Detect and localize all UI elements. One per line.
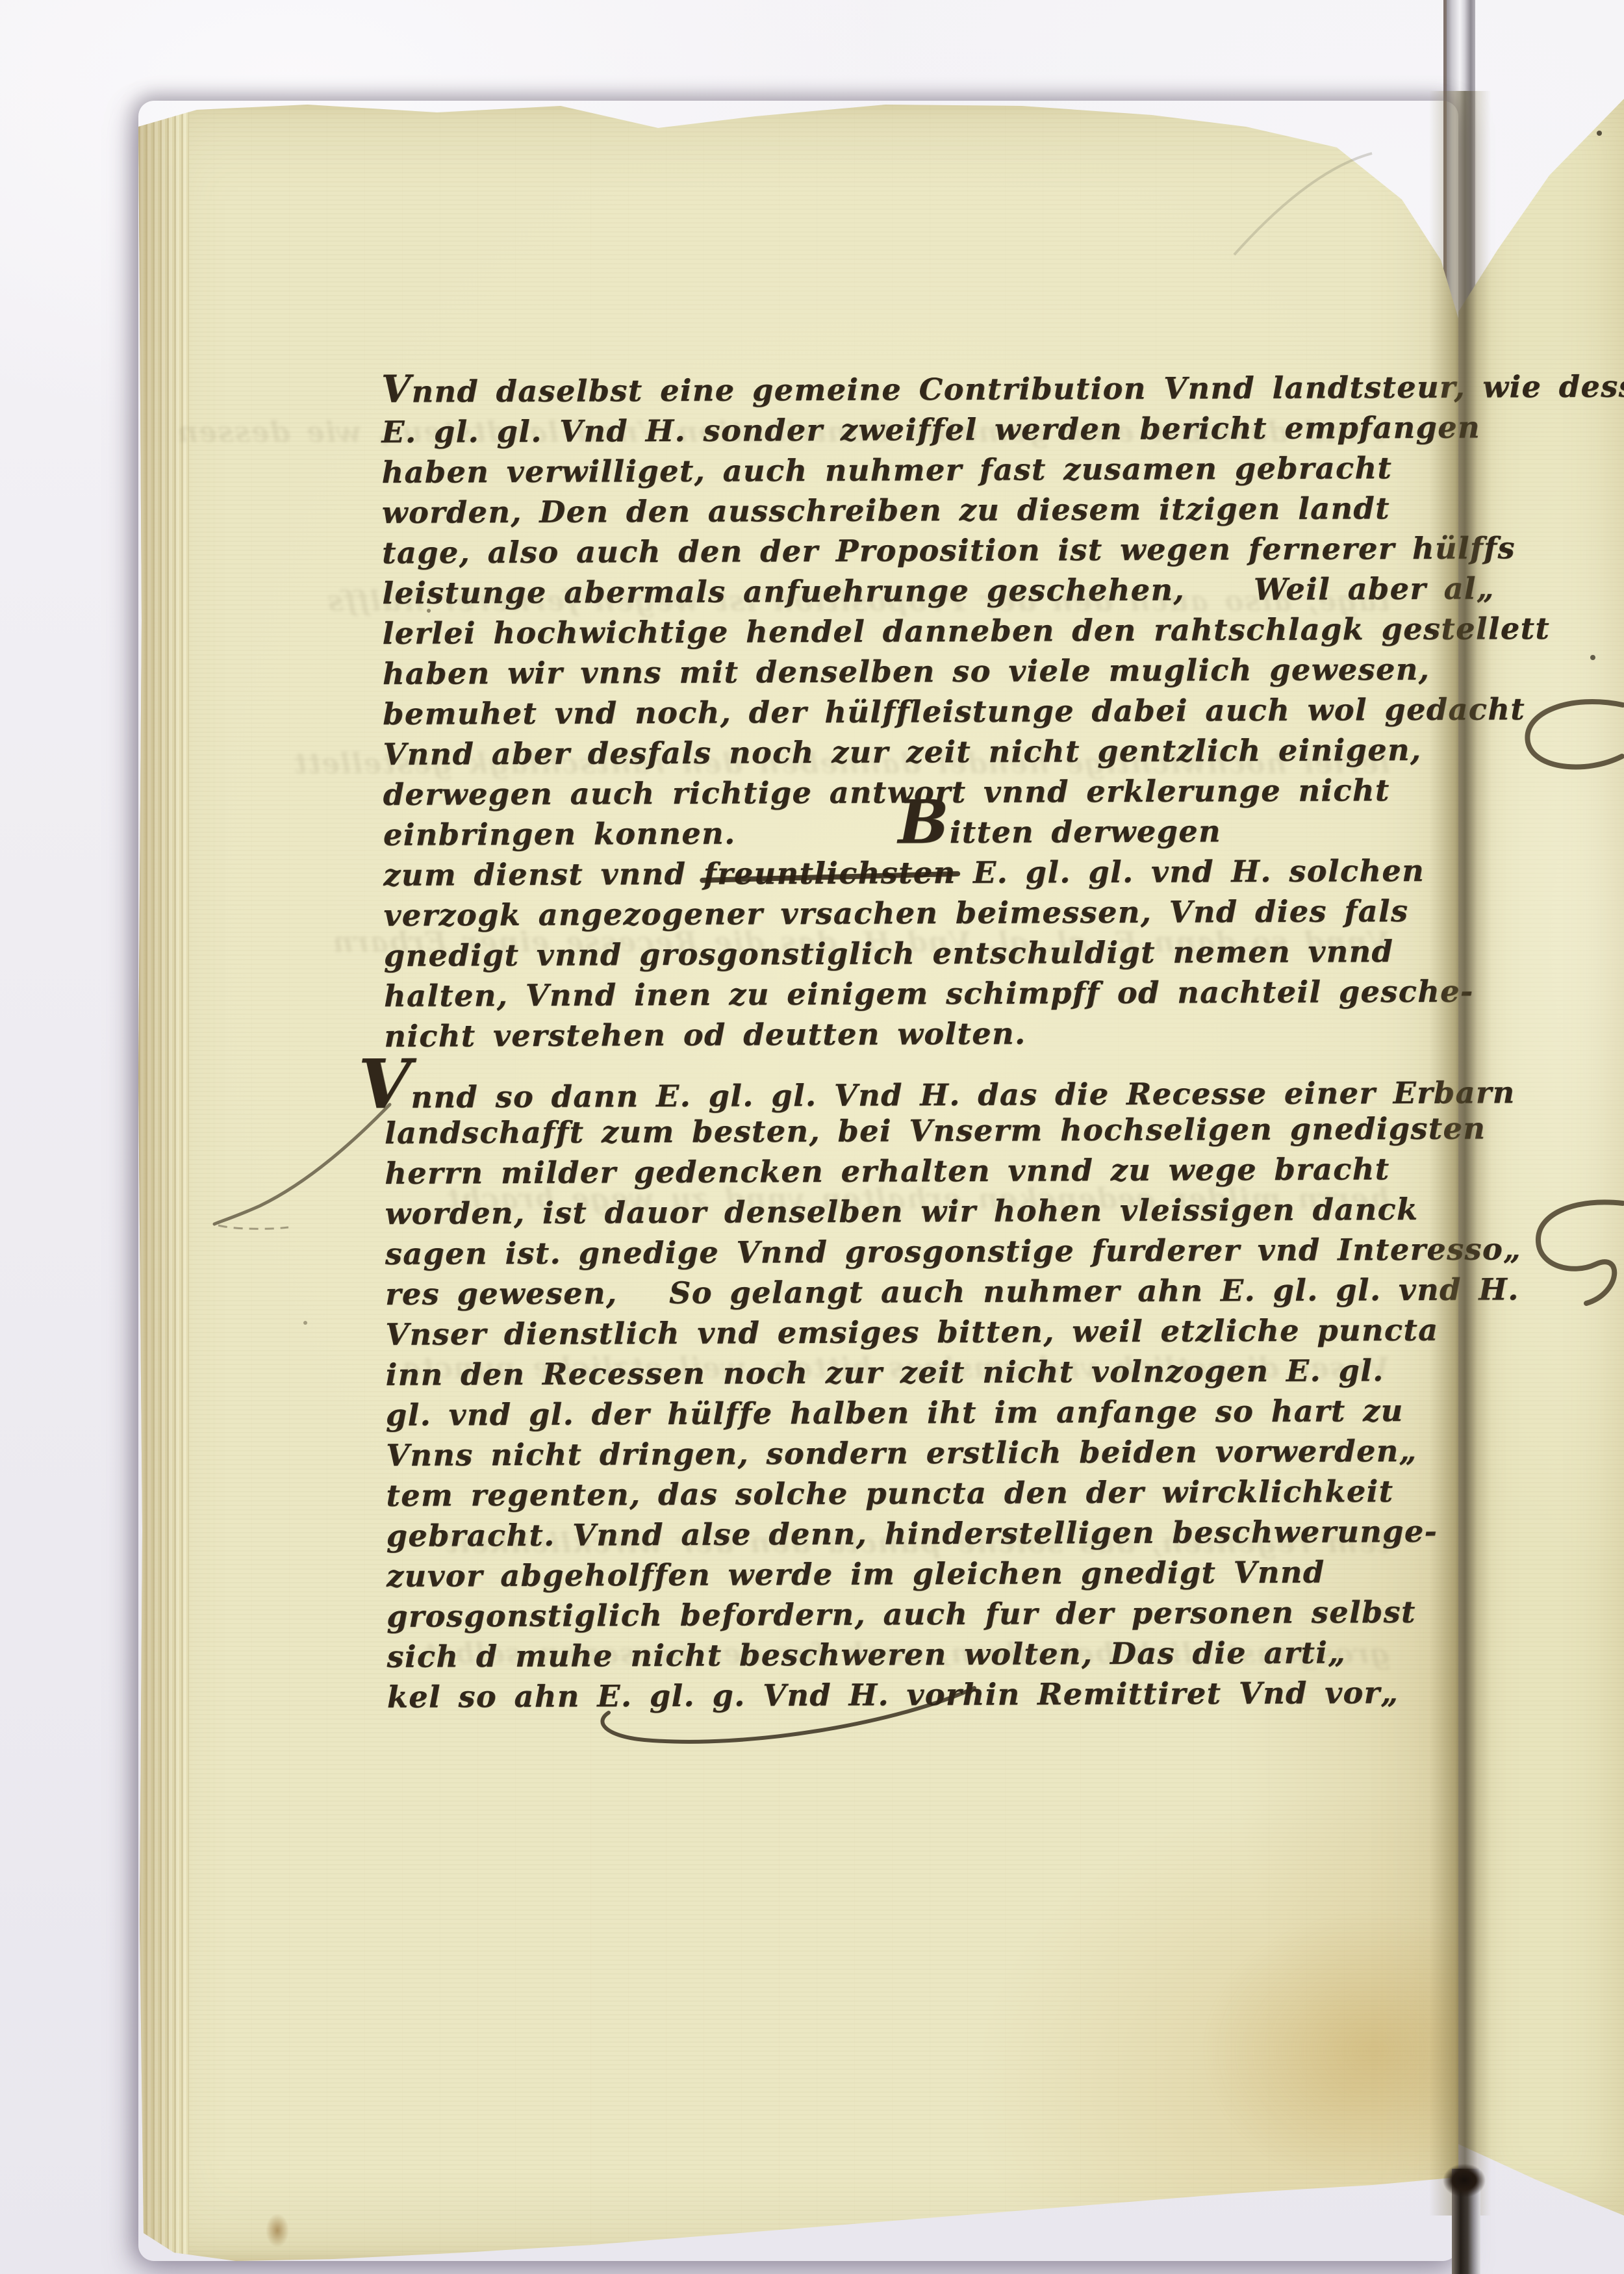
manuscript-line: inn den Recessen noch zur zeit nicht vol…	[385, 1352, 1384, 1397]
manuscript-line: bemuhet vnd noch, der hülffleistunge dab…	[383, 691, 1525, 736]
manuscript-line: nicht verstehen od deutten wolten.	[384, 1016, 1026, 1058]
manuscript-line: gl. vnd gl. der hülffe halben iht im anf…	[386, 1392, 1404, 1437]
bitten-heading: Bitten derwegen	[898, 813, 1221, 850]
gutter-shadow	[1429, 91, 1491, 2216]
manuscript-line-with-heading: einbringen konnen.Bitten derwegen	[383, 813, 1221, 857]
line-before-strike: zum dienst vnnd	[383, 856, 704, 893]
manuscript-line: derwegen auch richtige antwort vnnd erkl…	[383, 772, 1390, 817]
manuscript-line: gebracht. Vnnd alse denn, hinderstellige…	[387, 1513, 1438, 1558]
manuscript-line: res gewesen, So gelangt auch nuhmer ahn …	[385, 1271, 1519, 1316]
line-after-strike: E. gl. gl. vnd H. solchen	[956, 853, 1425, 890]
line-left-part: einbringen konnen.	[383, 816, 736, 852]
manuscript-line: kel so ahn E. gl. g. Vnd H. vorhin Remit…	[387, 1674, 1399, 1719]
manuscript-line-with-strikethrough: zum dienst vnnd freuntlichsten E. gl. gl…	[383, 852, 1425, 897]
manuscript-line: worden, ist dauor denselben wir hohen vl…	[385, 1191, 1418, 1236]
manuscript-photo: Vnnd daselbst eine gemeine Contribution …	[0, 0, 1624, 2274]
manuscript-line: tage, also auch den der Proposition ist …	[382, 530, 1516, 575]
manuscript-line: leistunge abermals anfuehrunge geschehen…	[382, 570, 1495, 615]
struck-word: freuntlichsten	[704, 855, 956, 891]
manuscript-line: verzogk angezogener vrsachen beimessen, …	[383, 893, 1408, 938]
manuscript-line: haben verwilliget, auch nuhmer fast zusa…	[381, 450, 1392, 494]
binding-rod-bottom	[1452, 2169, 1480, 2274]
manuscript-line: haben wir vnns mit denselben so viele mu…	[383, 651, 1430, 696]
manuscript-line: halten, Vnnd inen zu einigem schimpff od…	[384, 973, 1474, 1018]
manuscript-line: Vnser dienstlich vnd emsiges bitten, wei…	[385, 1312, 1438, 1357]
manuscript-line: grosgonstiglich befordern, auch fur der …	[387, 1594, 1416, 1639]
manuscript-line: E. gl. gl. Vnd H. sonder zweiffel werden…	[381, 409, 1480, 454]
manuscript-line: sich d muhe nicht beschweren wolten, Das…	[387, 1634, 1346, 1678]
manuscript-line: sagen ist. gnedige Vnnd grosgonstige fur…	[385, 1231, 1521, 1276]
manuscript-line: Vnnd aber desfals noch zur zeit nicht ge…	[383, 732, 1421, 776]
manuscript-line: lerlei hochwichtige hendel danneben den …	[382, 610, 1550, 656]
manuscript-line: herrn milder gedencken erhalten vnnd zu …	[385, 1151, 1389, 1195]
manuscript-line: gnedigt vnnd grosgonstiglich entschuldig…	[384, 933, 1394, 978]
handwritten-text-block: Vnnd daselbst eine gemeine Contribution …	[0, 0, 1624, 2274]
manuscript-line: Vnns nicht dringen, sondern erstlich bei…	[386, 1433, 1417, 1477]
manuscript-line: tem regenten, das solche puncta den der …	[386, 1473, 1393, 1518]
manuscript-line-paragraph-start: Vnnd so dann E. gl. gl. Vnd H. das die R…	[359, 1069, 1516, 1115]
manuscript-line: worden, Den den ausschreiben zu diesem i…	[382, 490, 1390, 535]
manuscript-line: landschafft zum besten, bei Vnserm hochs…	[385, 1110, 1486, 1155]
manuscript-line: zuvor abgeholffen werde im gleichen gned…	[387, 1554, 1325, 1598]
